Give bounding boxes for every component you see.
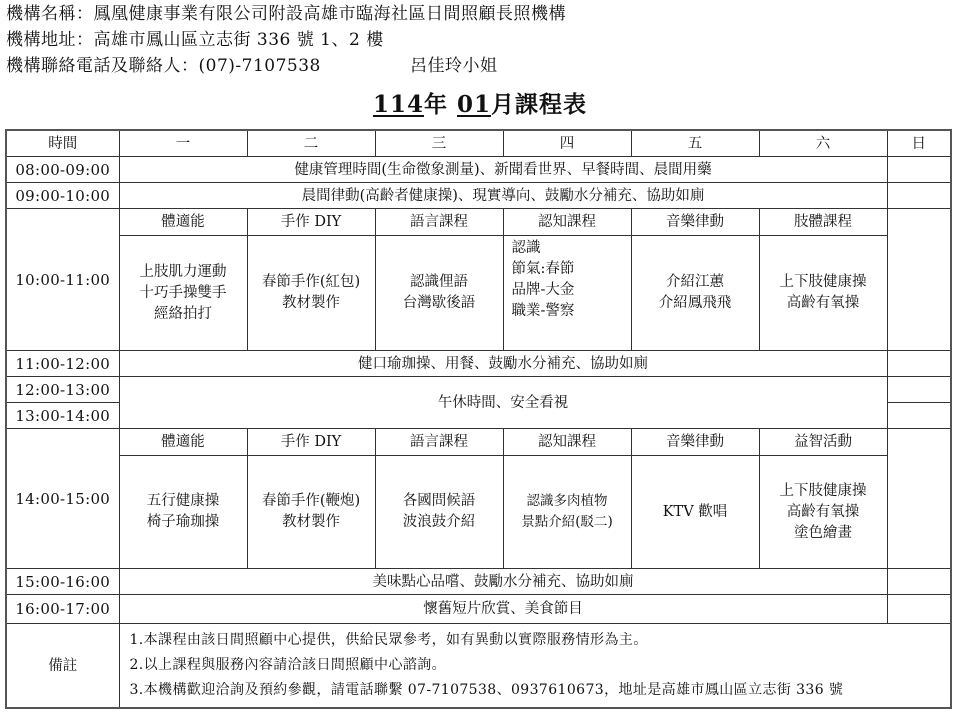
table-row: 上肢肌力運動 十巧手操雙手 經絡拍打 春節手作(紅包) 教材製作 認識俚語 台灣… [6,236,951,351]
category-cell: 音樂律動 [631,209,759,236]
category-cell: 語言課程 [375,429,503,456]
course-cell: 認識俚語 台灣歇後語 [375,236,503,351]
col-header-sun: 日 [887,130,951,157]
time-cell: 14:00-15:00 [6,429,119,569]
table-row: 11:00-12:00 健口瑜珈操、用餐、鼓勵水分補充、協助如廁 [6,351,951,377]
sunday-cell [887,377,951,403]
remark-line: 3.本機構歡迎洽詢及預約參觀，請電話聯繫 07-7107538、09376106… [130,678,951,703]
course-cell: 認識 節氣:春節 品牌-大金 職業-警察 [503,236,631,351]
page-title: 114年 01月課程表 [0,90,960,120]
category-cell: 認知課程 [503,209,631,236]
title-year-suffix: 年 [424,91,448,118]
time-cell: 15:00-16:00 [6,569,119,595]
table-row: 10:00-11:00 體適能 手作 DIY 語言課程 認知課程 音樂律動 肢體… [6,209,951,236]
sunday-cell [887,351,951,377]
table-row: 08:00-09:00 健康管理時間(生命徵象測量)、新聞看世界、早餐時間、晨間… [6,157,951,183]
remarks-content: 1.本課程由該日間照顧中心提供，供給民眾參考，如有異動以實際服務情形為主。 2.… [119,624,951,709]
activity-cell: 懷舊短片欣賞、美食節目 [119,595,887,624]
col-header-tue: 二 [247,130,375,157]
col-header-mon: 一 [119,130,247,157]
time-cell: 11:00-12:00 [6,351,119,377]
time-cell: 16:00-17:00 [6,595,119,624]
sunday-cell [887,183,951,209]
table-row: 12:00-13:00 午休時間、安全看視 [6,377,951,403]
activity-cell: 健康管理時間(生命徵象測量)、新聞看世界、早餐時間、晨間用藥 [119,157,887,183]
category-cell: 認知課程 [503,429,631,456]
activity-cell: 晨間律動(高齡者健康操)、現實導向、鼓勵水分補充、協助如廁 [119,183,887,209]
category-cell: 語言課程 [375,209,503,236]
category-cell: 手作 DIY [247,209,375,236]
activity-cell: 健口瑜珈操、用餐、鼓勵水分補充、協助如廁 [119,351,887,377]
course-cell: 上下肢健康操 高齡有氧操 塗色繪畫 [759,456,887,569]
course-cell: 上肢肌力運動 十巧手操雙手 經絡拍打 [119,236,247,351]
course-cell: 春節手作(鞭炮) 教材製作 [247,456,375,569]
activity-cell: 午休時間、安全看視 [119,377,887,429]
course-cell: 五行健康操 椅子瑜珈操 [119,456,247,569]
course-cell: 介紹江蕙 介紹鳳飛飛 [631,236,759,351]
org-address: 機構地址：高雄市鳳山區立志街 336 號 1、2 樓 [6,29,384,51]
table-row: 14:00-15:00 體適能 手作 DIY 語言課程 認知課程 音樂律動 益智… [6,429,951,456]
table-row: 16:00-17:00 懷舊短片欣賞、美食節目 [6,595,951,624]
sunday-cell [887,569,951,595]
sunday-cell [887,157,951,183]
title-year: 114 [373,91,424,118]
remarks-row: 備註 1.本課程由該日間照顧中心提供，供給民眾參考，如有異動以實際服務情形為主。… [6,624,951,709]
contact-person: 呂佳玲小姐 [410,55,498,77]
sunday-cell [887,403,951,429]
col-header-wed: 三 [375,130,503,157]
sunday-cell [887,595,951,624]
header-row: 時間 一 二 三 四 五 六 日 [6,130,951,157]
time-cell: 09:00-10:00 [6,183,119,209]
org-phone: 機構聯絡電話及聯絡人：(07)-7107538 [6,55,321,77]
sunday-cell [887,209,951,351]
remark-line: 1.本課程由該日間照顧中心提供，供給民眾參考，如有異動以實際服務情形為主。 [130,628,951,653]
col-header-thu: 四 [503,130,631,157]
activity-cell: 美味點心品嚐、鼓勵水分補充、協助如廁 [119,569,887,595]
table-row: 15:00-16:00 美味點心品嚐、鼓勵水分補充、協助如廁 [6,569,951,595]
category-cell: 手作 DIY [247,429,375,456]
schedule-table: 時間 一 二 三 四 五 六 日 08:00-09:00 健康管理時間(生命徵象… [5,129,952,709]
category-cell: 體適能 [119,429,247,456]
col-header-sat: 六 [759,130,887,157]
time-cell: 12:00-13:00 [6,377,119,403]
category-cell: 音樂律動 [631,429,759,456]
course-cell: 認識多肉植物 景點介紹(駁二) [503,456,631,569]
title-month-suffix: 月課程表 [491,91,587,118]
sunday-cell [887,429,951,569]
course-cell: 春節手作(紅包) 教材製作 [247,236,375,351]
table-row: 五行健康操 椅子瑜珈操 春節手作(鞭炮) 教材製作 各國問候語 波浪鼓介紹 認識… [6,456,951,569]
course-cell: 上下肢健康操 高齡有氧操 [759,236,887,351]
time-cell: 08:00-09:00 [6,157,119,183]
course-cell: KTV 歡唱 [631,456,759,569]
category-cell: 益智活動 [759,429,887,456]
category-cell: 體適能 [119,209,247,236]
remarks-label: 備註 [6,624,119,709]
remark-line: 2.以上課程與服務內容請洽該日間照顧中心諮詢。 [130,653,951,678]
category-cell: 肢體課程 [759,209,887,236]
col-header-time: 時間 [6,130,119,157]
table-row: 09:00-10:00 晨間律動(高齡者健康操)、現實導向、鼓勵水分補充、協助如… [6,183,951,209]
time-cell: 10:00-11:00 [6,209,119,351]
title-month: 01 [457,91,491,118]
org-name: 機構名稱：鳳凰健康事業有限公司附設高雄市臨海社區日間照顧長照機構 [6,3,566,25]
course-cell: 各國問候語 波浪鼓介紹 [375,456,503,569]
col-header-fri: 五 [631,130,759,157]
time-cell: 13:00-14:00 [6,403,119,429]
